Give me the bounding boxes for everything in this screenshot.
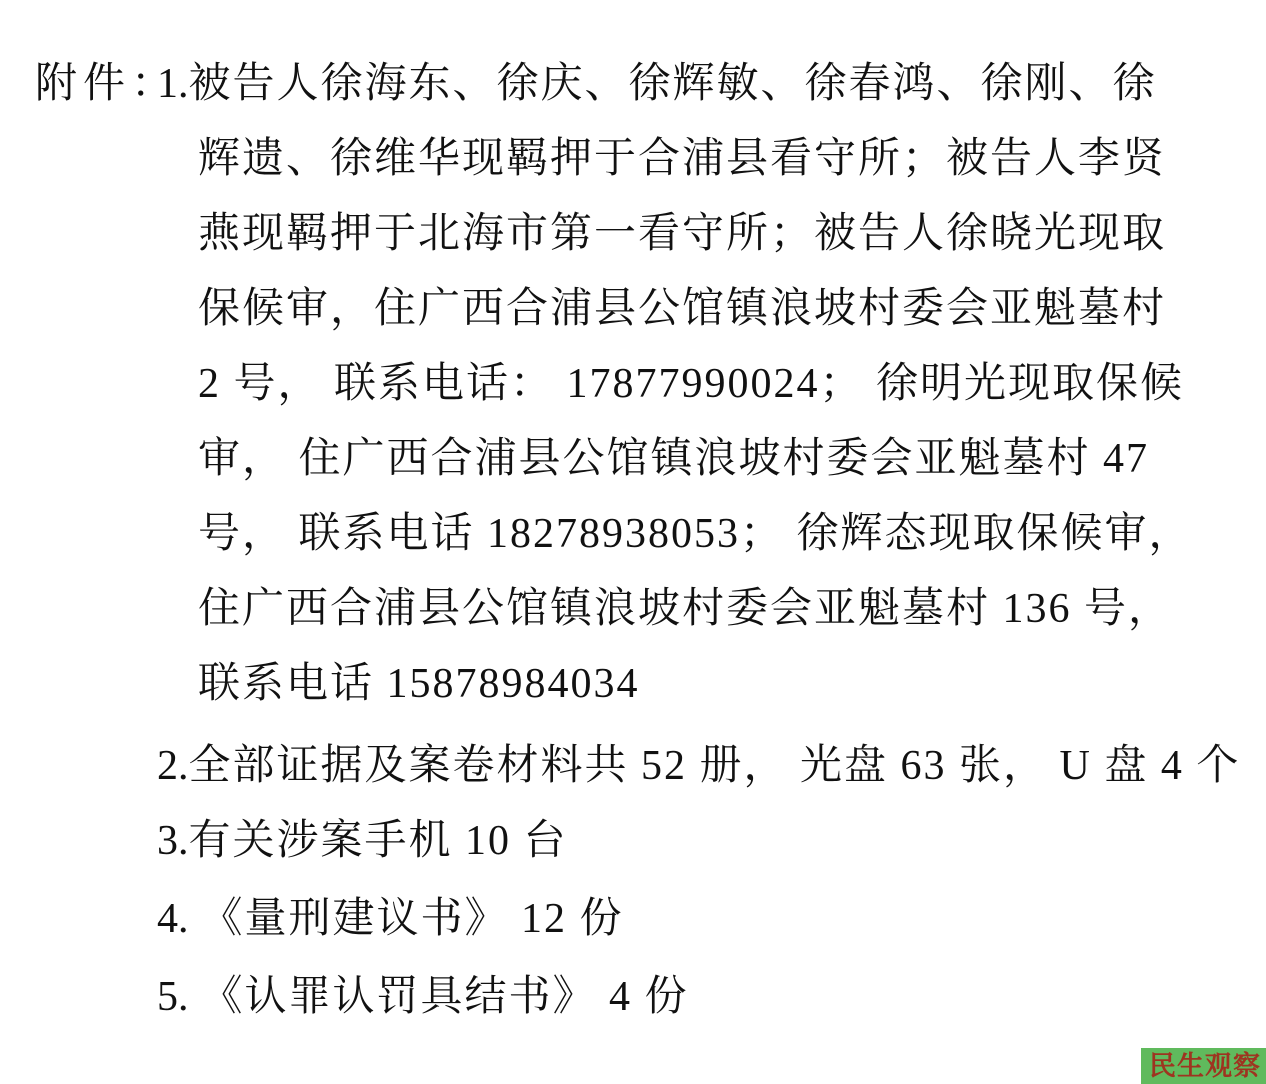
item-3-text: 有关涉案手机 10 台 xyxy=(189,818,568,864)
item-2-line: 2.全部证据及案卷材料共 52 册， 光盘 63 张， U 盘 4 个 xyxy=(157,740,1240,792)
item-4-number: 4. xyxy=(157,896,189,942)
item-5-line: 5.《认罪认罚具结书》 4 份 xyxy=(157,971,689,1023)
item-1-line-6: 审， 住广西合浦县公馆镇浪坡村委会亚魁墓村 47 xyxy=(198,433,1149,485)
item-1-line-7: 号， 联系电话 18278938053； 徐辉态现取保候审， xyxy=(198,508,1193,560)
item-1-line-9: 联系电话 15878984034 xyxy=(198,658,640,710)
item-2-number: 2. xyxy=(157,743,189,789)
item-4-text: 《量刑建议书》 12 份 xyxy=(201,896,624,942)
item-1-line-5: 2 号， 联系电话： 17877990024； 徐明光现取保候 xyxy=(198,358,1184,410)
item-1-line-2: 辉遗、徐维华现羁押于合浦县看守所；被告人李贤 xyxy=(198,133,1166,185)
item-2-text: 全部证据及案卷材料共 52 册， 光盘 63 张， U 盘 4 个 xyxy=(189,743,1241,789)
watermark-minsheng-guancha: 民生观察 xyxy=(1141,1048,1266,1084)
item-1-line-1: 1.被告人徐海东、徐庆、徐辉敏、徐春鸿、徐刚、徐 xyxy=(157,58,1157,110)
item-4-line: 4.《量刑建议书》 12 份 xyxy=(157,893,624,945)
item-3-number: 3. xyxy=(157,818,189,864)
item-1-line-3: 燕现羁押于北海市第一看守所；被告人徐晓光现取 xyxy=(198,208,1166,260)
item-1-line-8: 住广西合浦县公馆镇浪坡村委会亚魁墓村 136 号， xyxy=(198,583,1172,635)
scanned-legal-document-page: 附件： 1.被告人徐海东、徐庆、徐辉敏、徐春鸿、徐刚、徐 辉遗、徐维华现羁押于合… xyxy=(0,0,1266,1084)
item-1-text: 被告人徐海东、徐庆、徐辉敏、徐春鸿、徐刚、徐 xyxy=(189,61,1157,107)
item-5-number: 5. xyxy=(157,974,189,1020)
item-1-number: 1. xyxy=(157,61,189,107)
item-5-text: 《认罪认罚具结书》 4 份 xyxy=(201,974,689,1020)
item-3-line: 3.有关涉案手机 10 台 xyxy=(157,815,568,867)
item-1-line-4: 保候审，住广西合浦县公馆镇浪坡村委会亚魁墓村 xyxy=(198,283,1166,335)
